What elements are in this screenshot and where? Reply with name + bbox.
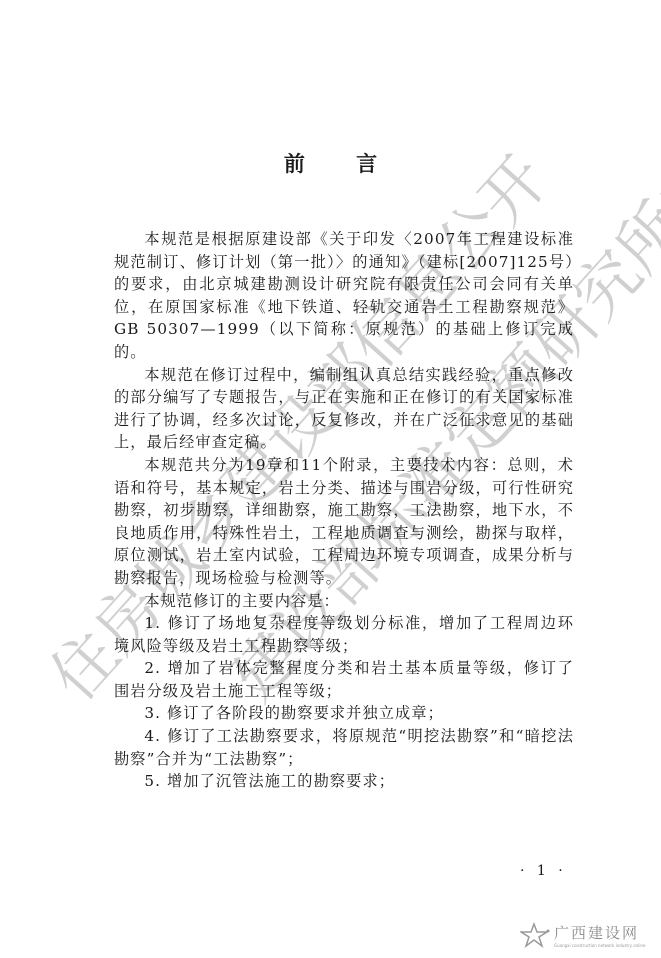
change-item-1: 1. 修订了场地复杂程度等级划分标准，增加了工程周边环境风险等级及岩土工程勘察等… [114, 612, 574, 657]
logo-title: 广西建设网 [554, 922, 645, 943]
change-item-4: 4. 修订了工法勘察要求，将原规范“明挖法勘察”和“暗挖法勘察”合并为“工法勘察… [114, 725, 574, 770]
page-title: 前 言 [0, 148, 661, 178]
page-number: · 1 · [520, 863, 567, 879]
change-item-3: 3. 修订了各阶段的勘察要求并独立成章； [114, 702, 574, 725]
page-title-char-1: 前 [284, 148, 305, 178]
star-logo-icon [520, 922, 550, 948]
document-body: 本规范是根据原建设部《关于印发〈2007年工程建设标准规范制订、修订计划（第一批… [114, 228, 574, 793]
page-title-char-2: 言 [356, 148, 377, 178]
paragraph-contents: 本规范共分为19章和11个附录，主要技术内容：总则，术语和符号，基本规定，岩土分… [114, 454, 574, 590]
paragraph-main-changes-intro: 本规范修订的主要内容是： [114, 590, 574, 613]
site-logo: 广西建设网 Guangxi construction network indus… [520, 915, 661, 955]
paragraph-origin: 本规范是根据原建设部《关于印发〈2007年工程建设标准规范制订、修订计划（第一批… [114, 228, 574, 364]
change-item-5: 5. 增加了沉管法施工的勘察要求； [114, 770, 574, 793]
logo-subtitle: Guangxi construction network industry on… [554, 943, 645, 948]
paragraph-revision-process: 本规范在修订过程中，编制组认真总结实践经验，重点修改的部分编写了专题报告，与正在… [114, 364, 574, 454]
change-item-2: 2. 增加了岩体完整程度分类和岩土基本质量等级，修订了围岩分级及岩土施工工程等级… [114, 657, 574, 702]
